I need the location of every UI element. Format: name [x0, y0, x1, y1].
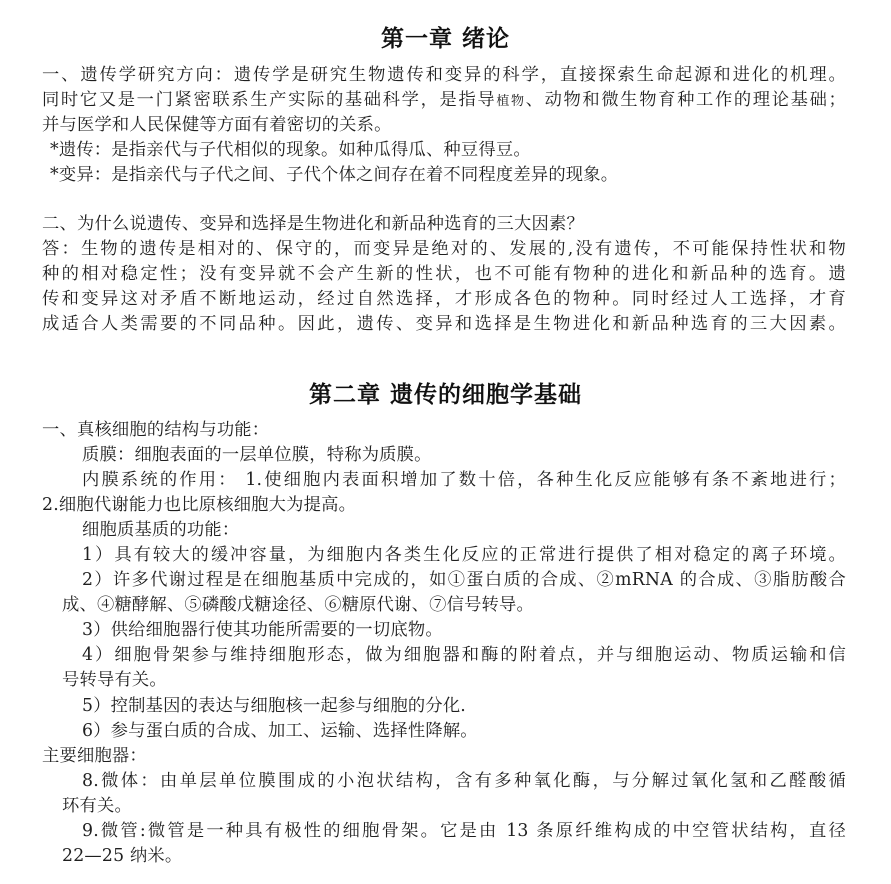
ch2-s1-heading: 一、真核细胞的结构与功能：: [42, 418, 269, 442]
ch1-s1-line2-a: 同时它又是一门紧密联系生产实际的基础科学，是指导: [42, 90, 496, 110]
cytoplasm-function-item: 3）供给细胞器行使其功能所需要的一切底物。: [82, 618, 443, 642]
organelle-item: 9.微管:微管是一种具有极性的细胞骨架。它是由 13 条原纤维构成的中空管状结构…: [82, 819, 846, 843]
ch1-s2-answer-line: 成适合人类需要的不同品种。因此，遗传、变异和选择是生物进化和新品种选育的三大因素…: [42, 312, 846, 336]
organelle-item-cont: 22—25 纳米。: [62, 844, 182, 868]
cytoplasm-function-item: 1）具有较大的缓冲容量，为细胞内各类生化反应的正常进行提供了相对稳定的离子环境。: [82, 543, 846, 567]
ch1-s2-question: 二、为什么说遗传、变异和选择是生物进化和新品种选育的三大因素？: [42, 212, 584, 236]
cytoplasm-function-item: 6）参与蛋白质的合成、加工、运输、选择性降解。: [82, 719, 478, 743]
heredity-definition: *遗传：是指亲代与子代相似的现象。如种瓜得瓜、种豆得豆。: [50, 138, 531, 162]
ch1-s1-line1: 一、遗传学研究方向：遗传学是研究生物遗传和变异的科学，直接探索生命起源和进化的机…: [42, 63, 846, 87]
ch1-s2-answer-line: 传和变异这对矛盾不断地运动，经过自然选择，才形成各色的物种。同时经过人工选择，才…: [42, 287, 846, 311]
endomembrane-line2: 2.细胞代谢能力也比原核细胞大为提高。: [42, 493, 356, 517]
cytoplasm-function-item: 5）控制基因的表达与细胞核一起参与细胞的分化.: [82, 694, 466, 718]
variation-definition: *变异：是指亲代与子代之间、子代个体之间存在着不同程度差异的现象。: [50, 163, 618, 187]
organelles-heading: 主要细胞器：: [42, 744, 147, 768]
ch1-s2-answer-line: 答：生物的遗传是相对的、保守的，而变异是绝对的、发展的,没有遗传，不可能保持性状…: [42, 237, 846, 261]
endomembrane-line1: 内膜系统的作用： 1.使细胞内表面积增加了数十倍，各种生化反应能够有条不紊地进行…: [82, 468, 846, 492]
cytoplasm-function-item-cont: 成、④糖酵解、⑤磷酸戊糖途径、⑥糖原代谢、⑦信号转导。: [62, 593, 534, 617]
plasma-membrane-text: 质膜：细胞表面的一层单位膜，特称为质膜。: [82, 443, 432, 467]
cytoplasm-function-item: 4）细胞骨架参与维持细胞形态，做为细胞器和酶的附着点，并与细胞运动、物质运输和信: [82, 643, 846, 667]
ch1-s2-answer-line: 种的相对稳定性；没有变异就不会产生新的性状，也不可能有物种的进化和新品种的选育。…: [42, 262, 846, 286]
chapter1-title: 第一章 绪论: [0, 20, 891, 53]
organelle-item-cont: 环有关。: [62, 794, 132, 818]
ch1-s1-line2-small: 植物: [496, 94, 525, 109]
cytoplasm-function-item-cont: 号转导有关。: [62, 668, 167, 692]
cytoplasm-function-item: 2）许多代谢过程是在细胞基质中完成的，如①蛋白质的合成、②mRNA 的合成、③脂…: [82, 568, 846, 592]
document-page: 第一章 绪论 一、遗传学研究方向：遗传学是研究生物遗传和变异的科学，直接探索生命…: [0, 0, 891, 884]
ch1-s1-line2: 同时它又是一门紧密联系生产实际的基础科学，是指导植物、动物和微生物育种工作的理论…: [42, 88, 846, 112]
ch1-s1-line3: 并与医学和人民保健等方面有着密切的关系。: [42, 113, 392, 137]
organelle-item: 8.微体：由单层单位膜围成的小泡状结构，含有多种氧化酶，与分解过氧化氢和乙醛酸循: [82, 769, 846, 793]
chapter2-title: 第二章 遗传的细胞学基础: [0, 376, 891, 409]
cytoplasm-heading: 细胞质基质的功能：: [82, 518, 239, 542]
ch1-s1-line2-b: 、动物和微生物育种工作的理论基础；: [526, 90, 846, 110]
